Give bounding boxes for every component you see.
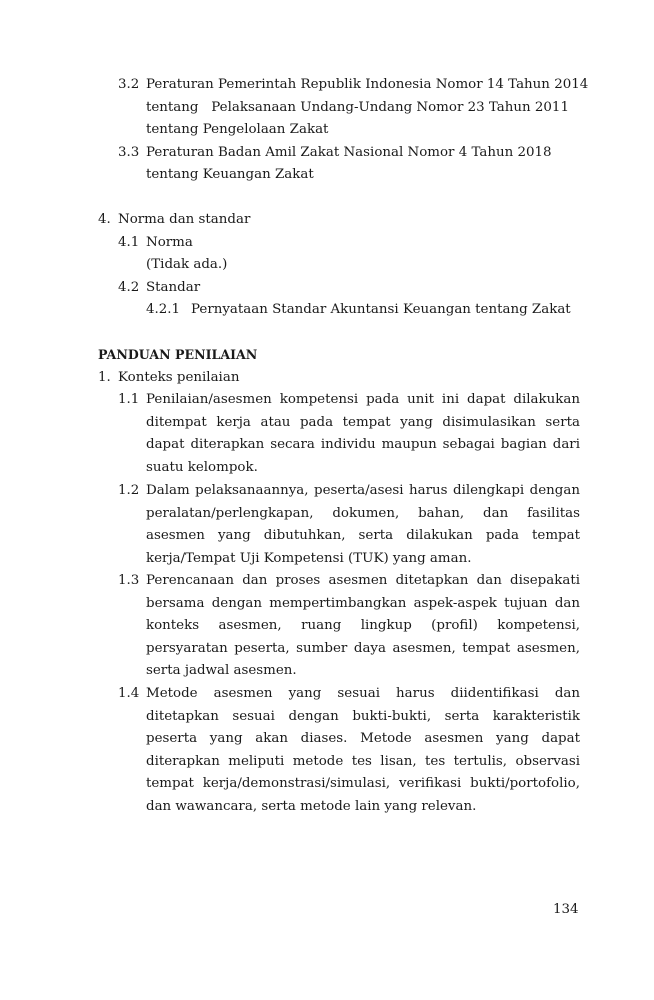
subsection-title: Standar — [146, 277, 200, 300]
item-number: 1. — [98, 367, 111, 390]
subsection-title: Norma — [146, 232, 193, 255]
ref-line: Peraturan Badan Amil Zakat Nasional Nomo… — [146, 142, 552, 165]
subitem-number: 1.3 — [118, 570, 139, 593]
ref-line: Peraturan Pemerintah Republik Indonesia … — [146, 74, 588, 97]
subitem-number: 1.4 — [118, 683, 139, 706]
ref-line: tentang Pelaksanaan Undang-Undang Nomor … — [146, 97, 569, 120]
subsubsection-title: Pernyataan Standar Akuntansi Keuangan te… — [191, 299, 571, 322]
document-page: 3.2 Peraturan Pemerintah Republik Indone… — [0, 0, 654, 1000]
section-title: Norma dan standar — [118, 209, 250, 232]
section-number: 4. — [98, 209, 111, 232]
ref-number: 3.2 — [118, 74, 139, 97]
subitem-text: Penilaian/asesmen kompetensi pada unit i… — [146, 389, 580, 479]
section-heading: PANDUAN PENILAIAN — [98, 344, 257, 367]
ref-line: tentang Pengelolaan Zakat — [146, 119, 328, 142]
subitem-text: Dalam pelaksanaannya, peserta/asesi haru… — [146, 480, 580, 570]
ref-number: 3.3 — [118, 142, 139, 165]
page-number: 134 — [553, 902, 579, 917]
subitem-number: 1.1 — [118, 389, 139, 412]
subsection-number: 4.2 — [118, 277, 139, 300]
item-title: Konteks penilaian — [118, 367, 239, 390]
subitem-number: 1.2 — [118, 480, 139, 503]
subitem-text: Perencanaan dan proses asesmen ditetapka… — [146, 570, 580, 683]
ref-line: tentang Keuangan Zakat — [146, 164, 314, 187]
norma-note: (Tidak ada.) — [146, 254, 227, 277]
subitem-text: Metode asesmen yang sesuai harus diident… — [146, 683, 580, 819]
subsubsection-number: 4.2.1 — [146, 299, 180, 322]
subsection-number: 4.1 — [118, 232, 139, 255]
